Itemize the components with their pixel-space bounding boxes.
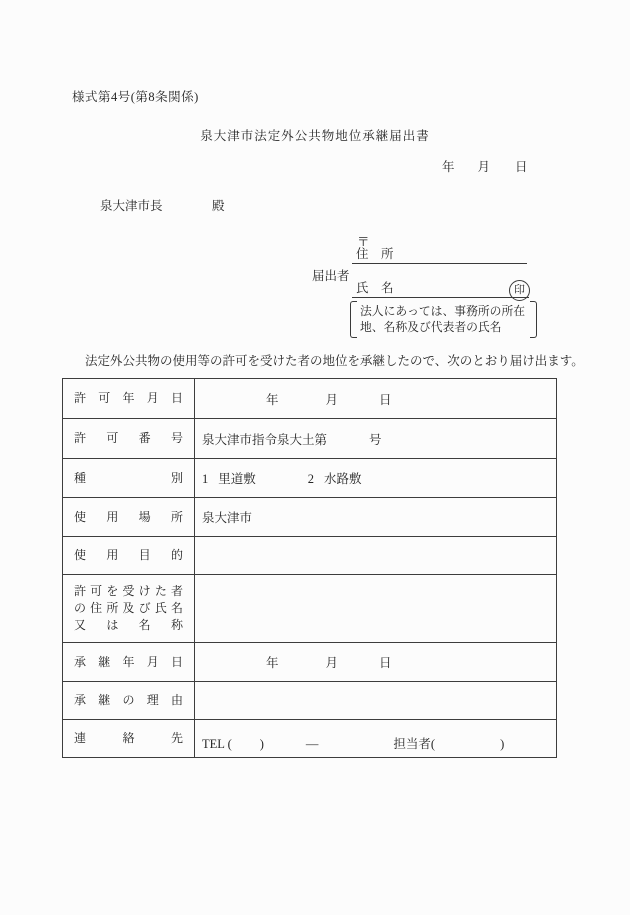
use-purpose-value [195,537,557,575]
contact-tel-close: ) [260,737,264,751]
addressee-honorific: 殿 [212,196,225,214]
contact-value: TEL ()—担当者() [195,720,557,758]
declarant-label: 届出者 [312,266,350,284]
address-label: 住 所 [356,244,394,262]
permittee-value [195,575,557,643]
use-purpose-label: 使 用 目 的 [63,537,195,575]
row-use-purpose: 使 用 目 的 [63,537,557,575]
permit-date-value: 年月日 [195,379,557,419]
form-number: 様式第4号(第8条関係) [72,87,199,105]
use-place-label: 使 用 場 所 [63,498,195,537]
corporate-note: 法人にあっては、事務所の所在 地、名称及び代表者の氏名 [350,301,537,338]
permit-number-value: 泉大津市指令泉大土第号 [195,419,557,459]
date-line: 年月日 [442,157,528,175]
row-permit-date: 許 可 年 月 日 年月日 [63,379,557,419]
use-place-value: 泉大津市 [195,498,557,537]
date-day-label: 日 [515,160,528,174]
contact-person-close: ) [500,737,504,751]
category-option2-number: 2 [308,472,314,486]
succession-date-year: 年 [266,656,279,670]
permit-date-label: 許 可 年 月 日 [63,379,195,419]
succession-reason-label: 承 継 の 理 由 [63,682,195,720]
name-underline: 氏 名 印 [352,279,529,298]
date-month-label: 月 [478,160,491,174]
category-option1-number: 1 [202,472,208,486]
succession-reason-value [195,682,557,720]
succession-date-day: 日 [379,656,392,670]
permit-date-day: 日 [379,393,392,407]
addressee-name: 泉大津市長 [100,196,163,214]
succession-date-value: 年月日 [195,643,557,682]
permit-number-label: 許 可 番 号 [63,419,195,459]
intro-sentence: 法定外公共物の使用等の許可を受けた者の地位を承継したので、次のとおり届け出ます。 [85,351,585,369]
permit-date-month: 月 [326,393,339,407]
category-label: 種 別 [63,459,195,498]
contact-dash: — [306,737,319,751]
left-bracket-icon [350,301,357,338]
permit-number-prefix: 泉大津市指令泉大土第 [202,433,327,447]
contact-label: 連 絡 先 [63,720,195,758]
permit-number-unit: 号 [369,433,382,447]
succession-date-month: 月 [326,656,339,670]
row-permittee: 許可を受けた者 の住所及び氏名 又 は 名 称 [63,575,557,643]
row-permit-number: 許 可 番 号 泉大津市指令泉大土第号 [63,419,557,459]
date-year-label: 年 [442,160,455,174]
contact-tel-label: TEL ( [202,737,232,751]
succession-date-label: 承 継 年 月 日 [63,643,195,682]
row-use-place: 使 用 場 所 泉大津市 [63,498,557,537]
row-succession-date: 承 継 年 月 日 年月日 [63,643,557,682]
contact-person-label: 担当者( [393,737,435,751]
row-succession-reason: 承 継 の 理 由 [63,682,557,720]
category-value: 1里道敷2水路敷 [195,459,557,498]
category-option2: 水路敷 [324,472,362,486]
permit-date-year: 年 [266,393,279,407]
row-contact: 連 絡 先 TEL ()—担当者() [63,720,557,758]
form-page: 様式第4号(第8条関係) 泉大津市法定外公共物地位承継届出書 年月日 泉大津市長… [0,0,630,915]
form-table: 許 可 年 月 日 年月日 許 可 番 号 泉大津市指令泉大土第号 種 別 1里… [62,378,557,758]
name-label: 氏 名 [356,278,394,296]
row-category: 種 別 1里道敷2水路敷 [63,459,557,498]
page-title: 泉大津市法定外公共物地位承継届出書 [0,126,630,144]
right-bracket-icon [530,301,537,338]
address-underline: 住 所 [352,245,527,264]
category-option1: 里道敷 [218,472,256,486]
permittee-label: 許可を受けた者 の住所及び氏名 又 は 名 称 [63,575,195,643]
corporate-note-text: 法人にあっては、事務所の所在 地、名称及び代表者の氏名 [360,303,530,335]
seal-stamp-icon: 印 [509,280,530,301]
